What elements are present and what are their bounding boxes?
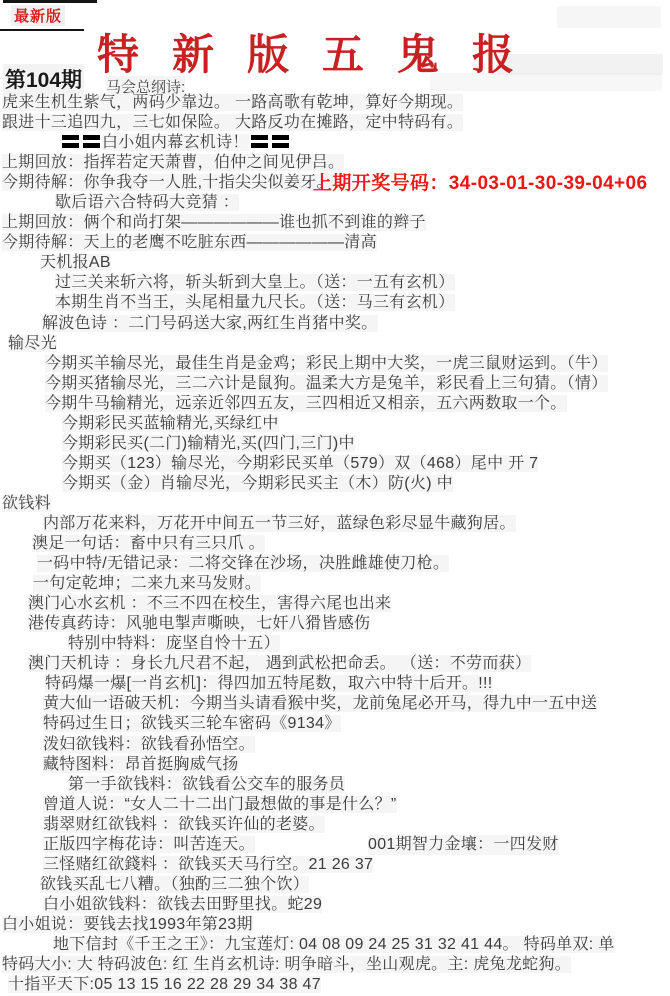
text-line-content: 澳门心水玄机 ：不三不四在校生，害得六尾也出来 [28, 595, 391, 612]
text-line: 今期待解：天上的老鹰不吃脏东西——————清高 [0, 233, 670, 253]
text-line-content: 歇后语六合特码大竞猜 ： [55, 194, 239, 211]
text-line: 今期买猪输尽光，三二六计是鼠狗。温柔大方是兔羊，彩民看上三句猜。（情） [0, 374, 670, 394]
text-line-content: 输尽光 [8, 335, 57, 352]
text-line: 跟进十三追四九，三七如保险。 大路反功在摊路，定中特码有。 [0, 113, 670, 133]
text-line-content: 内部万花来料，万花开中间五一节三好，蓝绿色彩尽显牛藏狗居。 [43, 515, 516, 532]
prev-draw-numbers: 上期开奖号码：34-03-01-30-39-04+06 [313, 168, 647, 195]
double-bar-icon [251, 135, 268, 148]
text-line: 白小姐欲钱料：欲钱去田野里找。蛇29 [0, 895, 670, 915]
text-line: 黄大仙一语破天机：今期当头请看猴中奖，龙前兔尾必开马，得九中一五中送 [0, 694, 670, 714]
text-line: 特别中特料：庞坚自怜十五） [0, 634, 670, 654]
text-line-content: 上期回放：指挥若定天萧曹，伯仲之间见伊吕。 [2, 154, 344, 171]
text-line-content: 曾道人说：“女人二十二出门最想做的事是什么？” [43, 796, 397, 813]
text-line-content: 欲钱料 [2, 495, 51, 512]
text-line-content: 本期生肖不当王，头尾相量九尺长。（送：马三有玄机） [55, 294, 455, 311]
top-rule [3, 0, 97, 3]
text-line: 特码大小: 大 特码波色: 红 生肖玄机诗: 明争暗斗，坐山观虎。主: 虎兔龙蛇… [0, 955, 670, 975]
text-line: 虎来生机生紫气，两码少靠边。 一路高歌有乾坤，算好今期现。 [0, 93, 670, 113]
text-line: 澳门天机诗 ：身长九尺君不起， 遇到武松把命丢。 （送：不劳而获） [0, 654, 670, 674]
double-bar-icon [272, 135, 289, 148]
text-line: 过三关来斩六将，斩头斩到大皇上。（送：一五有玄机） [0, 273, 670, 293]
text-line: 地下信封《千王之王》：九宝莲灯: 04 08 09 24 25 31 32 41… [0, 935, 670, 955]
text-line-content: 特码爆一爆[一肖玄机]：得四加五特尾数，取六中特十后开。!!! [45, 675, 493, 692]
text-line-content: 今期买猪输尽光，三二六计是鼠狗。温柔大方是兔羊，彩民看上三句猜。（情） [45, 375, 608, 392]
text-line: 一句定乾坤；二来九来马发财。 [0, 574, 670, 594]
text-line: 今期彩民买(二门)输精光,买(四门,三门)中 [0, 434, 670, 454]
text-line-content: 白小姐欲钱料：欲钱去田野里找。蛇29 [43, 896, 322, 913]
text-line-content: 一句定乾坤；二来九来马发财。 [33, 575, 261, 592]
text-line-content: 上期回放：俩个和尚打架——————谁也抓不到谁的辫子 [2, 214, 426, 231]
text-line: 翡翠财红欲钱料 ：欲钱买许仙的老婆。 [0, 815, 670, 835]
text-line: 本期生肖不当王，头尾相量九尺长。（送：马三有玄机） [0, 293, 670, 313]
badge-underline-rule [0, 29, 84, 31]
text-line: 今期彩民买蓝输精光,买绿红中 [0, 414, 670, 434]
text-line: 内部万花来料，万花开中间五一节三好，蓝绿色彩尽显牛藏狗居。 [0, 514, 670, 534]
text-line: 三怪赌红欲錢料 ：欲钱买天马行空。21 26 37 [0, 855, 670, 875]
text-line-content: 白小姐内幕玄机诗！ [102, 134, 249, 151]
text-line-content: 虎来生机生紫气，两码少靠边。 一路高歌有乾坤，算好今期现。 [2, 94, 463, 111]
text-line-content: 今期彩民买(二门)输精光,买(四门,三门)中 [62, 435, 355, 452]
text-line-content: 澳足一句话：畜中只有三只爪 。 [32, 535, 265, 552]
issue-number: 第104期 [3, 64, 84, 94]
text-line: 第一手欲钱料：欲钱看公交车的服务员 [0, 775, 670, 795]
double-bar-icon [83, 135, 100, 148]
text-line: 一码中特/无错记录：二将交锋在沙场，决胜雌雄使刀枪。 [0, 554, 670, 574]
text-line-content: 特别中特料：庞坚自怜十五） [68, 635, 280, 652]
text-line: 解波色诗 ：二门号码送大家,两红生肖猪中奖。 [0, 314, 670, 334]
text-line-content: 泼妇欲钱料：欲钱看孙悟空。 [43, 736, 255, 753]
text-line: 今期牛马输精光，远亲近邻四五友，三四相近又相亲，五六两数取一个。 [0, 394, 670, 414]
text-line-content: 澳门天机诗 ：身长九尺君不起， 遇到武松把命丢。 （送：不劳而获） [28, 655, 531, 672]
text-line-content: 天机报AB [40, 254, 111, 271]
text-line-content: 特码过生日；欲钱买三轮车密码《9134》 [43, 715, 341, 732]
page-title: 特新版五鬼报 [97, 22, 547, 82]
text-line: 澳门心水玄机 ：不三不四在校生，害得六尾也出来 [0, 594, 670, 614]
text-line-content: 正版四字梅花诗：叫苦连天。 [43, 836, 255, 853]
text-line-content: 港传真药诗：风驰电掣声嘶映，七奸八猾皆感伤 [28, 615, 370, 632]
text-line-content: 黄大仙一语破天机：今期当头请看猴中奖，龙前兔尾必开马，得九中一五中送 [43, 695, 597, 712]
text-line-content: 今期买（金）肖输尽光，今期彩民买主（木）防(火) 中 [62, 475, 453, 492]
text-line-content: 特码大小: 大 特码波色: 红 生肖玄机诗: 明争暗斗，坐山观虎。主: 虎兔龙蛇… [2, 956, 571, 973]
text-line: 特码过生日；欲钱买三轮车密码《9134》 [0, 714, 670, 734]
text-line: 欲钱料 [0, 494, 670, 514]
text-line-content: 十指平天下:05 13 15 16 22 28 29 34 38 47 [8, 976, 321, 993]
text-line: 港传真药诗：风驰电掣声嘶映，七奸八猾皆感伤 [0, 614, 670, 634]
text-line-content: 地下信封《千王之王》：九宝莲灯: 04 08 09 24 25 31 32 41… [53, 936, 615, 953]
text-line: 今期买（123）输尽光，今期彩民买单（579）双（468）尾中 开 7 [0, 454, 670, 474]
text-line-content: 今期彩民买蓝输精光,买绿红中 [62, 415, 279, 432]
text-line: 今期买（金）肖输尽光，今期彩民买主（木）防(火) 中 [0, 474, 670, 494]
text-line: 正版四字梅花诗：叫苦连天。001期智力金壤：一四发财 [0, 835, 670, 855]
text-line: 输尽光 [0, 334, 670, 354]
text-line: 曾道人说：“女人二十二出门最想做的事是什么？” [0, 795, 670, 815]
text-line-content: 欲钱买乱七八糟。（独酌三二独个饮） [40, 876, 309, 893]
body-lines: 虎来生机生紫气，两码少靠边。 一路高歌有乾坤，算好今期现。跟进十三追四九，三七如… [0, 93, 670, 995]
text-line-content: 今期买（123）输尽光，今期彩民买单（579）双（468）尾中 开 7 [62, 455, 538, 472]
text-line: 藏特图料：昂首挺胸威气扬 [0, 755, 670, 775]
text-line-content: 藏特图料：昂首挺胸威气扬 [43, 756, 239, 773]
text-line-content: 第一手欲钱料：欲钱看公交车的服务员 [68, 776, 345, 793]
text-line: 澳足一句话：畜中只有三只爪 。 [0, 534, 670, 554]
text-line: 今期买羊输尽光，最佳生肖是金鸡；彩民上期中大奖，一虎三鼠财运到。（牛） [0, 354, 670, 374]
text-line: 泼妇欲钱料：欲钱看孙悟空。 [0, 735, 670, 755]
text-line-content: 翡翠财红欲钱料 ：欲钱买许仙的老婆。 [43, 816, 325, 833]
text-line-content: 今期牛马输精光，远亲近邻四五友，三四相近又相亲，五六两数取一个。 [45, 395, 567, 412]
text-line-right: 001期智力金壤：一四发财 [368, 835, 559, 855]
text-line: 特码爆一爆[一肖玄机]：得四加五特尾数，取六中特十后开。!!! [0, 674, 670, 694]
text-line-content: 白小姐说：要钱去找1993年第23期 [2, 916, 253, 933]
text-line-content: 今期待解：你争我夺一人胜,十指尖尖似姜牙。 [2, 174, 333, 191]
text-line-content: 今期待解：天上的老鹰不吃脏东西——————清高 [2, 234, 377, 251]
text-line: 歇后语六合特码大竞猜 ： [0, 193, 670, 213]
text-line: 欲钱买乱七八糟。（独酌三二独个饮） [0, 875, 670, 895]
text-line: 白小姐内幕玄机诗！ [0, 133, 670, 153]
text-line: 天机报AB [0, 253, 670, 273]
text-line-content: 一码中特/无错记录：二将交锋在沙场，决胜雌雄使刀枪。 [37, 555, 449, 572]
text-line: 白小姐说：要钱去找1993年第23期 [0, 915, 670, 935]
text-line-content: 今期买羊输尽光，最佳生肖是金鸡；彩民上期中大奖，一虎三鼠财运到。（牛） [45, 355, 608, 372]
edition-badge: 最新版 [11, 5, 65, 26]
text-line-content: 跟进十三追四九，三七如保险。 大路反功在摊路，定中特码有。 [2, 114, 463, 131]
text-line-content: 过三关来斩六将，斩头斩到大皇上。（送：一五有玄机） [55, 274, 455, 291]
double-bar-icon [62, 135, 79, 148]
scan-artifact-patch [557, 6, 661, 28]
text-line-content: 三怪赌红欲錢料 ：欲钱买天马行空。21 26 37 [43, 856, 373, 873]
text-line: 上期回放：俩个和尚打架——————谁也抓不到谁的辫子 [0, 213, 670, 233]
text-line: 十指平天下:05 13 15 16 22 28 29 34 38 47 [0, 975, 670, 995]
text-line-content: 解波色诗 ：二门号码送大家,两红生肖猪中奖。 [42, 315, 378, 332]
